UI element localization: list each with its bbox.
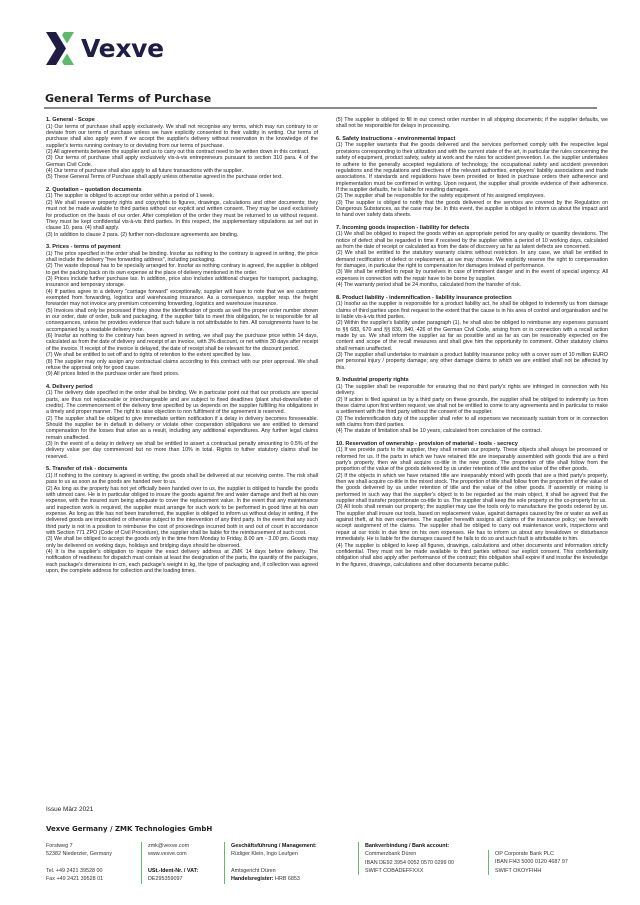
footer-bank-1: Bankverbindung / Bank account: Commerzba…: [358, 842, 454, 875]
section-incoming-goods: 7. Incoming goods inspection - liability…: [336, 225, 608, 289]
fax: Fax +49 2421 39528 01: [46, 875, 112, 883]
clause: (3) The supplier is obliged to notify th…: [336, 200, 608, 219]
section-product-liability: 8. Product liability - indemnification -…: [336, 295, 608, 371]
management-names: Rüdiger Klein, Ingo Leufgen: [231, 850, 317, 858]
left-column: 1. General - Scope (1) Our terms of purc…: [46, 117, 318, 581]
bank-name: OP Corporate Bank PLC: [495, 850, 568, 858]
vat-number: DE295359097: [148, 875, 198, 883]
clause: (3) Prices include further purchase tax.…: [46, 276, 318, 289]
section-heading: 7. Incoming goods inspection - liability…: [336, 225, 608, 232]
title-divider: [44, 107, 597, 109]
footer-contact: zmk@vexve.com www.vexve.com USt.-Ident-N…: [141, 842, 198, 884]
clause: (5) These General Terms of Purchase shal…: [46, 174, 318, 180]
clause: (3) We shall be entitled to repair by ou…: [336, 269, 608, 282]
clause: (2) Within the supplier's liability unde…: [336, 320, 608, 352]
bank-iban: IBAN DE92 3954 0052 0570 0299 00: [365, 859, 454, 867]
section-heading: 6. Safety instructions - environmental i…: [336, 136, 608, 143]
section-safety-instructions: 6. Safety instructions - environmental i…: [336, 136, 608, 219]
clause: (2) As long as the property has not yet …: [46, 486, 318, 537]
clause: (3) Our terms of purchase shall apply ex…: [46, 155, 318, 168]
vat-label: USt.-Ident-Nr. / VAT:: [148, 868, 198, 874]
clause: (3) In the event of a delay in delivery …: [46, 441, 318, 460]
footer-bank-2: OP Corporate Bank PLC IBAN FI43 5000 012…: [488, 850, 568, 875]
clause: (3) We shall be obliged to accept the go…: [46, 536, 318, 549]
clause: (1) If we provide parts to the supplier,…: [336, 447, 608, 472]
clause: (1) Insofar as the supplier is responsib…: [336, 301, 608, 320]
clause: (4) It is the supplier's obligation to i…: [46, 549, 318, 574]
clause: (8) The supplier may only assign any con…: [46, 359, 318, 372]
court: Amtsgericht Düren: [231, 867, 317, 875]
register-label: Handelsregister:: [231, 876, 274, 882]
phone: Tel. +49 2421 39528 00: [46, 867, 112, 875]
section-general-scope: 1. General - Scope (1) Our terms of purc…: [46, 117, 318, 181]
section-quotation: 2. Quotation – quotation documents (1) T…: [46, 187, 318, 238]
clause: (3) All tools shall remain our property;…: [336, 504, 608, 542]
section-reservation-of-ownership: 10. Reservation of ownership - provision…: [336, 441, 608, 568]
bank-name: Commerzbank Düren: [365, 850, 454, 858]
clause: (1) If nothing to the contrary is agreed…: [46, 473, 318, 486]
clause: (1) The delivery date specified in the o…: [46, 390, 318, 415]
clause: (1) The price specified in the order sha…: [46, 251, 318, 264]
brand-name: Vexve: [81, 34, 164, 63]
bank-swift: SWIFT COBADEFFXXX: [365, 867, 454, 875]
footer-management: Geschäftsführung / Management: Rüdiger K…: [224, 842, 317, 884]
clause: (4) The warranty period shall be 24 mont…: [336, 282, 608, 288]
section-delivery-period: 4. Delivery period (1) The delivery date…: [46, 384, 318, 460]
bank-swift: SWIFT OKOYFIHH: [495, 867, 568, 875]
clause: (1) The supplier shall be responsible fo…: [336, 384, 608, 397]
clause: (6) Insofar as nothing to the contrary h…: [46, 333, 318, 352]
management-label: Geschäftsführung / Management:: [231, 843, 317, 849]
section-heading: 8. Product liability - indemnification -…: [336, 295, 608, 302]
city: 52382 Niederzier, Germany: [46, 850, 112, 858]
vexve-logo: Vexve: [46, 31, 164, 65]
issue-date: Issue März 2021: [46, 806, 93, 813]
section-heading: 9. Industrial property rights: [336, 377, 608, 384]
clause: (3) The supplier shall undertake to main…: [336, 352, 608, 371]
clause: (2) The supplier shall be obliged to giv…: [46, 416, 318, 441]
clause: (2) If the objects in which we have reta…: [336, 473, 608, 505]
clause: (3) The indemnification duty of the supp…: [336, 416, 608, 429]
section-heading: 10. Reservation of ownership - provision…: [336, 441, 608, 448]
clause: (5) The supplier is obliged to fill in o…: [336, 117, 608, 130]
section-prices: 3. Prices - terms of payment (1) The pri…: [46, 244, 318, 377]
section-heading: 3. Prices - terms of payment: [46, 244, 318, 251]
clause: (3) In addition to clause 2 para. (2) fu…: [46, 232, 318, 238]
clause: (9) All prices listed in the purchase or…: [46, 371, 318, 377]
right-column: (5) The supplier is obliged to fill in o…: [336, 117, 608, 574]
register-number: HRB 6853: [275, 876, 300, 882]
section-heading: 5. Transfer of risk - documents: [46, 466, 318, 473]
section-heading: 4. Delivery period: [46, 384, 318, 391]
clause: (1) We shall be obliged to inspect the g…: [336, 231, 608, 250]
section-heading: 1. General - Scope: [46, 117, 318, 124]
clause: (2) We shall reserve property rights and…: [46, 200, 318, 232]
clause: (2) If action is filed against us by a t…: [336, 397, 608, 416]
section-heading: 2. Quotation – quotation documents: [46, 187, 318, 194]
vexve-x-mark-icon: [46, 32, 76, 65]
section-industrial-property: 9. Industrial property rights (1) The su…: [336, 377, 608, 434]
section-transfer-of-risk-continued: (5) The supplier is obliged to fill in o…: [336, 117, 608, 130]
section-transfer-of-risk: 5. Transfer of risk - documents (1) If n…: [46, 466, 318, 574]
clause: (4) The supplier is obliged to keep all …: [336, 543, 608, 568]
email-link[interactable]: zmk@vexve.com: [148, 842, 198, 850]
website-link[interactable]: www.vexve.com: [148, 850, 198, 858]
clause: (2) We shall be entitled to the statutor…: [336, 250, 608, 269]
company-name: Vexve Germany / ZMK Technologies GmbH: [46, 825, 212, 833]
bank-label: Bankverbindung / Bank account:: [365, 843, 449, 849]
clause: (1) The supplier warrants that the goods…: [336, 142, 608, 193]
clause: (4) If parties agree to a delivery "carr…: [46, 289, 318, 308]
clause: (5) Invoices shall only be processed if …: [46, 308, 318, 333]
clause: (2) The waste disposal has to be special…: [46, 263, 318, 276]
bank-iban: IBAN FI43 5000 0120 4687 97: [495, 858, 568, 866]
footer-address: Forstweg 7 52382 Niederzier, Germany Tel…: [46, 842, 112, 884]
clause: (4) The statute of limitation shall be 1…: [336, 428, 608, 434]
page-title: General Terms of Purchase: [45, 92, 211, 105]
clause: (1) Our terms of purchase shall apply ex…: [46, 124, 318, 149]
street: Forstweg 7: [46, 842, 112, 850]
